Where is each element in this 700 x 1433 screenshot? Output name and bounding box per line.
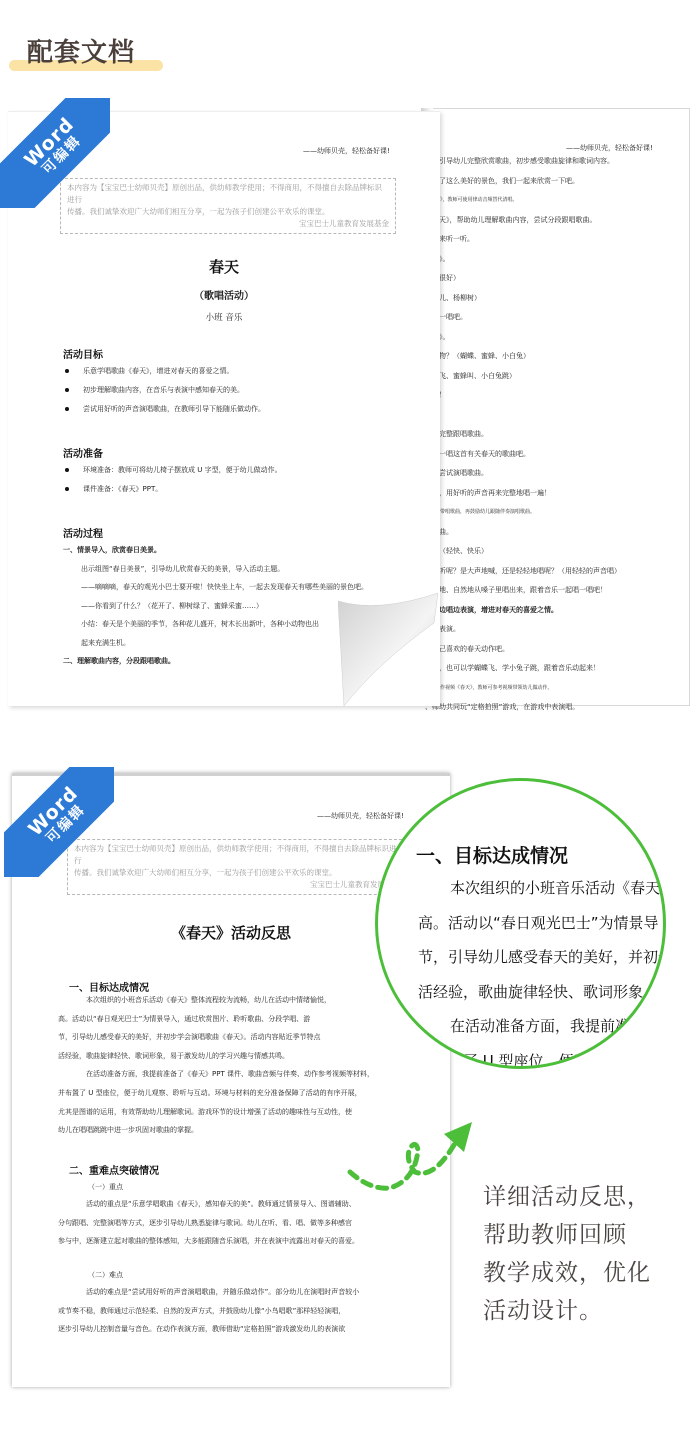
goals-heading: 活动目标 — [63, 346, 103, 361]
text-line: 的好听呢？是大声地喊，还是轻轻地唱呢？（用轻轻的声音唱） — [425, 562, 621, 582]
text-line: 天-1》。 — [425, 250, 621, 270]
caption-line: 活动设计。 — [483, 1292, 651, 1330]
text-line: 唱边表演。 — [425, 620, 621, 640]
reflection-h2a-wrap: （一）重点 — [88, 1178, 123, 1197]
text-line: 高。活动以“春日观光巴士”为情景导入，通过欣赏图片、聆听歌曲、分段学唱、游 — [58, 1010, 418, 1029]
text-line: 唱吧！ — [425, 386, 621, 406]
magnifier-text: 本次组织的小班音乐活动《春天高。活动以“春日观光巴士”为情景导节，引导幼儿感受春… — [418, 871, 666, 1069]
prep-item: 课件准备：《春天》PPT。 — [63, 480, 282, 499]
text-line: 柳树，也可以学蝴蝶飞、学小兔子跳，跟着音乐动起来！ — [425, 659, 621, 679]
goal-item: 尝试用好听的声音演唱歌曲，在教师引导下能随乐做动作。 — [63, 400, 265, 419]
notice-line-1: 本内容为【宝宝巴士幼师贝壳】原创出品，供幼师教学使用；不得商用，不得擅自去除品牌… — [67, 182, 389, 206]
goal-item: 乐意学唱歌曲《春天》，增进对春天的喜爱之情。 — [63, 362, 265, 381]
prep-heading: 活动准备 — [63, 445, 103, 460]
reflection-h2: 二、重难点突破情况 — [69, 1162, 159, 1177]
text-line: 一、情景导入，欣赏春日美景。 — [63, 541, 368, 560]
text-line: 已染了这么美好的景色，我们一起来欣赏一下吧。 — [425, 172, 621, 192]
section-title: 配套文档 — [27, 36, 135, 70]
text-line: 轻轻地、自然地从嗓子里唱出来，跟着音乐一起唱一唱吧！ — [425, 581, 621, 601]
lesson-grade: 小班 音乐 — [8, 311, 440, 323]
text-line: 本次组织的小班音乐活动《春天》整体流程较为流畅，幼儿在活动中情绪愉悦， — [58, 991, 418, 1010]
text-line: 们再来听一听。 — [425, 230, 621, 250]
magnifier-circle: 一、目标达成情况 本次组织的小班音乐活动《春天高。活动以“春日观光巴士”为情景导… — [375, 778, 666, 1069]
reflection-copyright-notice: 本内容为【宝宝巴士幼师贝壳】原创出品，供幼师教学使用；不得商用，不得擅自去除品牌… — [67, 839, 407, 895]
goals-list: 乐意学唱歌曲《春天》，增进对春天的喜爱之情。 初步理解歌曲内容，在音乐与表演中感… — [63, 362, 265, 419]
text-line: ——你看到了什么？（花开了、柳树绿了、蜜蜂采蜜……） — [63, 597, 368, 616]
text-line: 活经验，歌曲旋律轻快、歌词形象，易于激发幼儿的学习兴趣与情感共鸣。 — [58, 1047, 418, 1066]
reflection-h2b: （二）难点 — [88, 1266, 123, 1285]
process-heading: 活动过程 — [63, 525, 103, 540]
notice-signature: 宝宝巴士儿童教育发展基金 — [67, 218, 389, 230]
magnifier-heading: 一、目标达成情况 — [416, 841, 568, 868]
text-line: 唱歌曲。 — [425, 523, 621, 543]
text-line: 二、理解歌曲内容，分段跟唱歌曲。 — [63, 652, 368, 671]
text-line: 段，先带唱歌曲，再鼓励幼儿跟随伴奏演唱歌曲。 — [425, 503, 621, 523]
text-line: 编自己喜欢的春天动作吧。 — [425, 640, 621, 660]
reflection-para-3: 活动的难点是“尝试用好听的声音演唱歌曲，并随乐做动作”。部分幼儿在演唱时声音较小… — [58, 1283, 418, 1339]
text-line: 幼儿尝试演唱歌曲。 — [425, 464, 621, 484]
prep-list: 环境准备：教师可将幼儿椅子摆放成 U 字型，便于幼儿做动作。 课件准备：《春天》… — [63, 461, 282, 499]
text-line: 天气很好） — [425, 269, 621, 289]
front-page-tagline: ——幼师贝壳，轻松备好课! — [303, 146, 390, 156]
reflection-h2b-wrap: （二）难点 — [88, 1266, 123, 1285]
copyright-notice: 本内容为【宝宝巴士幼师贝壳】原创出品，供幼师教学使用；不得商用，不得擅自去除品牌… — [60, 178, 396, 234]
feature-caption: 详细活动反思， 帮助教师回顾 教学成效，优化 活动设计。 — [483, 1178, 651, 1330]
text-line: 、师幼共同玩“定格拍照”游戏，在游戏中表演唱。 — [425, 698, 621, 718]
text-line: 天-2》。 — [425, 328, 621, 348]
goal-item: 初步理解歌曲内容，在音乐与表演中感知春天的美。 — [63, 381, 265, 400]
text-line: 在活动准备方面，我提前准备了《春天》PPT 课件、歌曲音频与伴奏、动作参考视频等… — [58, 1065, 418, 1084]
text-line: 在活动准备方面，我提前准备了 — [418, 1009, 666, 1044]
notice-signature: 宝宝巴士儿童教育发展基金 — [74, 879, 400, 891]
reflection-tagline: ——幼师贝壳，轻松备好课! — [317, 811, 404, 821]
word-editable-badge: Word 可编辑 — [0, 98, 110, 208]
back-page-text: 谱，引导幼儿完整欣赏歌曲，初步感受歌曲旋律和歌词内容。已染了这么美好的景色，我们… — [425, 152, 621, 718]
section-title-text: 配套文档 — [27, 36, 135, 70]
notice-line-2: 传播。我们诚挚欢迎广大幼师们相互分享，一起为孩子们创建公平欢乐的课堂。 — [67, 206, 389, 218]
text-line: 《春天》，教师可使用律动音频替代清唱。 — [425, 191, 621, 211]
text-line: （花儿、杨柳树） — [425, 289, 621, 309]
page-curl-graphic — [338, 593, 438, 706]
lesson-title: 春天 — [8, 256, 440, 277]
dashed-arrow-icon — [340, 1110, 480, 1230]
text-line: 唱唱一唱吧。 — [425, 308, 621, 328]
text-line: 活动的难点是“尝试用好听的声音演唱歌曲，并随乐做动作”。部分幼儿在演唱时声音较小 — [58, 1283, 418, 1302]
lesson-subtitle: （歌唱活动） — [8, 287, 440, 302]
process-text: 一、情景导入，欣赏春日美景。出示组图“春日美景”，引导幼儿欣赏春天的美景，导入活… — [63, 541, 368, 671]
caption-line: 详细活动反思， — [483, 1178, 651, 1216]
text-line: 逐步引导幼儿控制音量与音色。在动作表演方面，教师借助“定格拍照”游戏激发幼儿的表… — [58, 1320, 418, 1339]
reflection-h2a: （一）重点 — [88, 1178, 123, 1197]
text-line: 小动物？（蝴蝶、蜜蜂、小白兔） — [425, 347, 621, 367]
text-line: 节，引导幼儿感受春天的美好，并初步 — [418, 940, 666, 975]
text-line: 并布置了 U 型座位，便于幼儿观察 — [418, 1044, 666, 1070]
text-line: 参与中，逐渐建立起对歌曲的整体感知，大多能跟随音乐演唱，并在表演中流露出对春天的… — [58, 1232, 418, 1251]
text-line: 幼儿完整跟唱歌曲。 — [425, 425, 621, 445]
text-line: 小结：春天是个美丽的季节，各种花儿盛开，树木长出新叶，各种小动物也出 — [63, 615, 368, 634]
text-line: 活经验，歌曲旋律轻快、歌词形象，易 — [418, 975, 666, 1010]
text-line: 出示组图“春日美景”，引导幼儿欣赏春天的美景，导入活动主题。 — [63, 560, 368, 579]
text-line: 唱唱一唱这首有关春天的歌曲吧。 — [425, 445, 621, 465]
text-line: 起来充满生机。 — [63, 634, 368, 653]
text-line — [425, 406, 621, 426]
text-line: 或节奏不稳，教师通过示范轻柔、自然的发声方式，并鼓励幼儿像“小鸟唱歌”那样轻轻演… — [58, 1302, 418, 1321]
notice-line-1: 本内容为【宝宝巴士幼师贝壳】原创出品，供幼师教学使用；不得商用，不得擅自去除品牌… — [74, 843, 400, 867]
caption-line: 教学成效，优化 — [483, 1254, 651, 1292]
text-line: 《春天》，帮助幼儿理解歌曲内容，尝试分段跟唱歌曲。 — [425, 211, 621, 231]
prep-item: 环境准备：教师可将幼儿椅子摆放成 U 字型，便于幼儿做动作。 — [63, 461, 282, 480]
text-line: 并布置了 U 型座位，便于幼儿观察、聆听与互动。环境与材料的充分准备保障了活动的… — [58, 1084, 418, 1103]
word-editable-badge-2: Word 可编辑 — [4, 767, 114, 877]
text-line: 谱，引导幼儿完整欣赏歌曲，初步感受歌曲旋律和歌词内容。 — [425, 152, 621, 172]
text-line: 本次组织的小班音乐活动《春天 — [418, 871, 666, 906]
text-line: 蝴蝶飞、蜜蜂叫、小白兔跳） — [425, 367, 621, 387]
text-line: 伴奏，用好听的声音再来完整地唱一遍！ — [425, 484, 621, 504]
notice-line-2: 传播。我们诚挚欢迎广大幼师们相互分享，一起为孩子们创建公平欢乐的课堂。 — [74, 867, 400, 879]
caption-line: 帮助教师回顾 — [483, 1216, 651, 1254]
text-line: 高。活动以“春日观光巴士”为情景导 — [418, 906, 666, 941]
text-line: 表演动作视频《春天》，教师可参考视频带领幼儿做动作。 — [425, 679, 621, 699]
text-line: ——嘀嘀嘀，春天的观光小巴士要开啦！快快坐上车，一起去发现春天有哪些美丽的景色吧… — [63, 578, 368, 597]
text-line: 节，引导幼儿感受春天的美好，并初步学会演唱歌曲《春天》。活动内容贴近季节特点 — [58, 1028, 418, 1047]
text-line: 音乐边唱边表演，增进对春天的喜爱之情。 — [425, 601, 621, 621]
text-line: 的？（轻快、快乐） — [425, 542, 621, 562]
